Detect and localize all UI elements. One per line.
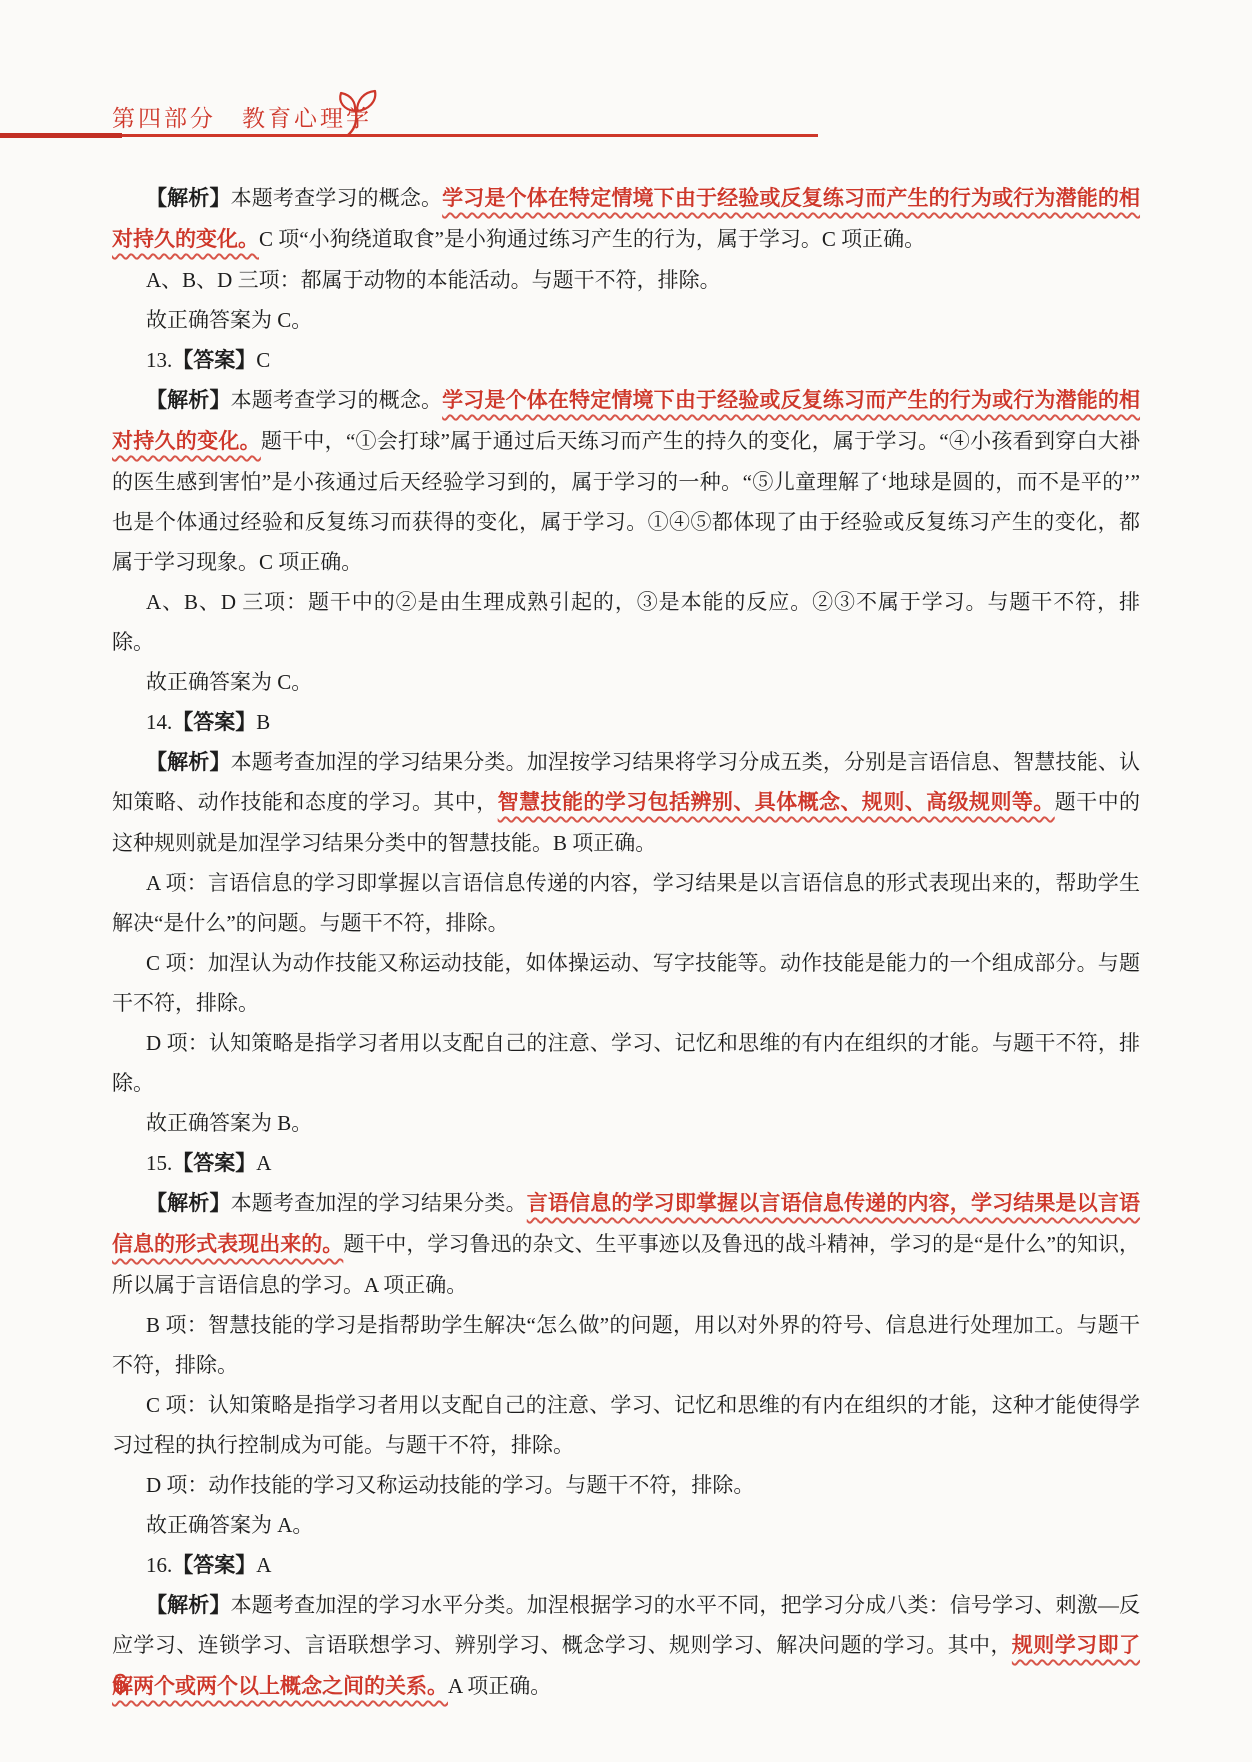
text-segment: B 项：智慧技能的学习是指帮助学生解决“怎么做”的问题，用以对外界的符号、信息进… bbox=[112, 1313, 1140, 1377]
paragraph: 【解析】本题考查加涅的学习结果分类。加涅按学习结果将学习分成五类，分别是言语信息… bbox=[112, 742, 1140, 863]
paragraph: A、B、D 三项：题干中的②是由生理成熟引起的，③是本能的反应。②③不属于学习。… bbox=[112, 582, 1140, 662]
paragraph: 故正确答案为 C。 bbox=[112, 662, 1140, 702]
text-segment: A 项正确。 bbox=[448, 1674, 551, 1698]
text-segment: 故正确答案为 C。 bbox=[146, 308, 312, 332]
text-segment: D 项：认知策略是指学习者用以支配自己的注意、学习、记忆和思维的有内在组织的才能… bbox=[112, 1031, 1140, 1095]
text-segment: 13. bbox=[146, 348, 172, 372]
paragraph: 16.【答案】A bbox=[112, 1545, 1140, 1585]
paragraph: 故正确答案为 C。 bbox=[112, 300, 1140, 340]
text-segment: 【解析】 bbox=[146, 1593, 231, 1617]
text-segment: A、B、D 三项：都属于动物的本能活动。与题干不符，排除。 bbox=[146, 268, 721, 292]
text-segment: C 项：加涅认为动作技能又称运动技能，如体操运动、写字技能等。动作技能是能力的一… bbox=[112, 951, 1140, 1015]
text-segment: 故正确答案为 B。 bbox=[146, 1111, 312, 1135]
text-segment: D 项：动作技能的学习又称运动技能的学习。与题干不符，排除。 bbox=[146, 1473, 754, 1497]
text-segment: 【答案】 bbox=[172, 710, 256, 734]
paragraph: 故正确答案为 B。 bbox=[112, 1103, 1140, 1143]
section-header: 第四部分 教育心理学 bbox=[0, 0, 1252, 150]
text-segment: B bbox=[256, 710, 270, 734]
page: 第四部分 教育心理学 【解析】本题考查学习的概念。学习是个体在特定情境下由于经验… bbox=[0, 0, 1252, 1762]
highlighted-text: 智慧技能的学习包括辨别、具体概念、规则、高级规则等。 bbox=[498, 791, 1055, 814]
paragraph: C 项：认知策略是指学习者用以支配自己的注意、学习、记忆和思维的有内在组织的才能… bbox=[112, 1385, 1140, 1465]
text-segment: 【解析】 bbox=[146, 388, 231, 412]
text-segment: A bbox=[256, 1553, 271, 1577]
text-segment: 16. bbox=[146, 1553, 172, 1577]
text-segment: 本题考查加涅的学习结果分类。 bbox=[231, 1191, 527, 1215]
paragraph: A 项：言语信息的学习即掌握以言语信息传递的内容，学习结果是以言语信息的形式表现… bbox=[112, 863, 1140, 943]
content-area: 【解析】本题考查学习的概念。学习是个体在特定情境下由于经验或反复练习而产生的行为… bbox=[112, 178, 1140, 1707]
text-segment: 14. bbox=[146, 710, 172, 734]
text-segment: C 项：认知策略是指学习者用以支配自己的注意、学习、记忆和思维的有内在组织的才能… bbox=[112, 1393, 1140, 1457]
text-segment: 【答案】 bbox=[172, 348, 256, 372]
text-segment: 【解析】 bbox=[146, 750, 231, 774]
paragraph: C 项：加涅认为动作技能又称运动技能，如体操运动、写字技能等。动作技能是能力的一… bbox=[112, 943, 1140, 1023]
text-segment: 故正确答案为 A。 bbox=[146, 1513, 313, 1537]
paragraph: 【解析】本题考查加涅的学习水平分类。加涅根据学习的水平不同，把学习分成八类：信号… bbox=[112, 1585, 1140, 1707]
text-segment: 本题考查学习的概念。 bbox=[231, 388, 443, 412]
section-title: 第四部分 教育心理学 bbox=[112, 100, 372, 133]
paragraph: 【解析】本题考查学习的概念。学习是个体在特定情境下由于经验或反复练习而产生的行为… bbox=[112, 178, 1140, 260]
paragraph: B 项：智慧技能的学习是指帮助学生解决“怎么做”的问题，用以对外界的符号、信息进… bbox=[112, 1305, 1140, 1385]
text-segment: 本题考查加涅的学习水平分类。加涅根据学习的水平不同，把学习分成八类：信号学习、刺… bbox=[112, 1593, 1140, 1657]
header-rule-accent bbox=[0, 133, 122, 138]
text-segment: C bbox=[256, 348, 270, 372]
text-segment: A bbox=[256, 1151, 271, 1175]
text-segment: 【答案】 bbox=[172, 1553, 256, 1577]
paragraph: D 项：认知策略是指学习者用以支配自己的注意、学习、记忆和思维的有内在组织的才能… bbox=[112, 1023, 1140, 1103]
text-segment: 故正确答案为 C。 bbox=[146, 670, 312, 694]
text-segment: A、B、D 三项：题干中的②是由生理成熟引起的，③是本能的反应。②③不属于学习。… bbox=[112, 590, 1140, 654]
paragraph: 【解析】本题考查加涅的学习结果分类。言语信息的学习即掌握以言语信息传递的内容，学… bbox=[112, 1183, 1140, 1305]
text-segment: 15. bbox=[146, 1151, 172, 1175]
text-segment: 本题考查学习的概念。 bbox=[231, 186, 443, 210]
paragraph: 故正确答案为 A。 bbox=[112, 1505, 1140, 1545]
paragraph: 15.【答案】A bbox=[112, 1143, 1140, 1183]
paragraph: A、B、D 三项：都属于动物的本能活动。与题干不符，排除。 bbox=[112, 260, 1140, 300]
paragraph: 13.【答案】C bbox=[112, 340, 1140, 380]
text-segment: C 项“小狗绕道取食”是小狗通过练习产生的行为，属于学习。C 项正确。 bbox=[259, 227, 925, 251]
paragraph: D 项：动作技能的学习又称运动技能的学习。与题干不符，排除。 bbox=[112, 1465, 1140, 1505]
text-segment: 题干中，“①会打球”属于通过后天练习而产生的持久的变化，属于学习。“④小孩看到穿… bbox=[112, 429, 1140, 574]
page-number: 6 bbox=[112, 1668, 128, 1700]
text-segment: 【答案】 bbox=[172, 1151, 256, 1175]
header-rule bbox=[0, 134, 818, 137]
text-segment: 【解析】 bbox=[146, 186, 231, 210]
text-segment: 【解析】 bbox=[146, 1191, 231, 1215]
paragraph: 14.【答案】B bbox=[112, 702, 1140, 742]
text-segment: A 项：言语信息的学习即掌握以言语信息传递的内容，学习结果是以言语信息的形式表现… bbox=[112, 871, 1140, 935]
paragraph: 【解析】本题考查学习的概念。学习是个体在特定情境下由于经验或反复练习而产生的行为… bbox=[112, 380, 1140, 582]
